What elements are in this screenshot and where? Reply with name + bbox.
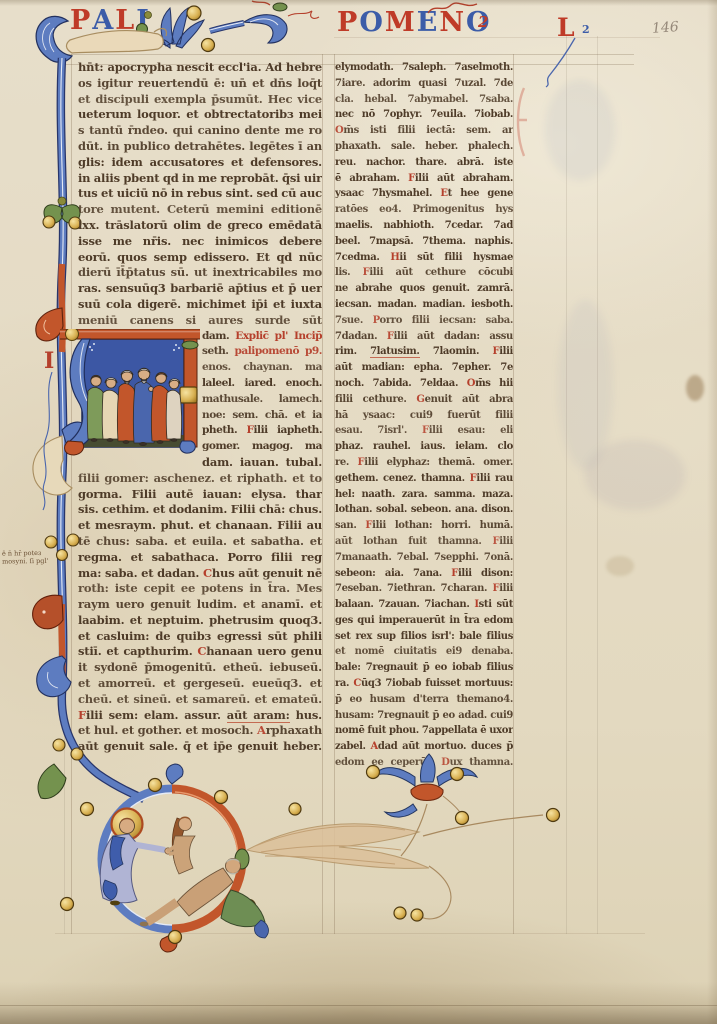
text-line: noe: sem. chā. et ia: [202, 408, 322, 424]
folio-number: 146: [651, 19, 679, 37]
text-column-left: hn̄t: apocrypha nescit eccl'ia. Ad hebre…: [78, 60, 322, 755]
text-column-right: elymodath. 7saleph. 7aselmoth.7iare. ado…: [335, 60, 513, 771]
text-line: enos. chaynan. ma: [202, 360, 322, 376]
gold-bezant: [45, 536, 57, 548]
text-line: sis. cethim. et dodanim. Filii chā: chus…: [78, 502, 322, 518]
god-figure: [100, 809, 171, 906]
text-line: Filii sem: elam. assur. aūt aram: hus.: [78, 708, 322, 724]
text-line: p̄ eo husam d'terra themano4. Obiit quoq…: [335, 692, 513, 708]
text-line: noch. 7abida. 7eldaa. Om̄s hii: [335, 376, 513, 392]
pillar-capital: [182, 341, 198, 349]
gold-bezant: [289, 803, 301, 815]
ring-leaf-curl: [166, 764, 183, 784]
text-line: roth: iste cepit ee potens in t̄ra. Mes: [78, 581, 322, 597]
page-right-edge: [707, 0, 717, 1024]
text-line: glis: idem accusatores et defensores. cū: [78, 155, 322, 171]
text-line: laleel. iared. enoch.: [202, 376, 322, 392]
gold-bezant: [202, 39, 215, 52]
ink-stain: [606, 556, 634, 576]
page-bottom-edge: [0, 982, 717, 1024]
gold-bezant: [169, 931, 182, 944]
gold-bezant: [149, 779, 162, 792]
text-line: regma. et sabathaca. Porro filii reg: [78, 550, 322, 566]
pen-tendril: [423, 815, 543, 836]
text-line: meniū canens si aures surde sūt cetero4.: [78, 313, 322, 329]
text-line: Om̄s isti filii iectā: sem. ar: [335, 123, 513, 139]
gold-bezant: [187, 6, 201, 20]
text-line: et hul. et gother. et mosoch. Arphaxath: [78, 723, 322, 739]
text-line: mathusale. lamech.: [202, 392, 322, 408]
show-through-ghost: [545, 80, 615, 180]
text-line: et amorreū. et gergeseū. eueūq3. et ara: [78, 676, 322, 692]
gold-bezant: [456, 812, 469, 825]
prologue-text: hn̄t: apocrypha nescit eccl'ia. Ad hebre…: [78, 60, 322, 329]
text-line: husam: 7regnauit p̄ eo adad. cui9 urbis: [335, 708, 513, 724]
text-line: ra. Cūq3 7iobab fuisset mortuus: regnaui…: [335, 676, 513, 692]
text-line: cheū. et sineū. et samareū. et emateū.: [78, 692, 322, 708]
text-line: eorū. quos semp edissero. Et qd nūc uerb…: [78, 250, 322, 266]
text-line: 7cedma. Hii sūt filii hysmae: [335, 250, 513, 266]
text-line: laabim. et neptuim. phetrusim quoq3.: [78, 613, 322, 629]
text-line: balaan. 7zauan. 7iachan. Isti sūt re: [335, 597, 513, 613]
text-line: elymodath. 7saleph. 7aselmoth.: [335, 60, 513, 76]
initial-top-bar: [60, 329, 200, 339]
text-line: ras. sensuūq3 barbariē ap̄tius et p̄ uer: [78, 281, 322, 297]
text-line: pheth. Filii iapheth.: [202, 423, 322, 439]
initial-foot-curl: [65, 441, 84, 455]
text-line: ysaac 7hysmahel. Et hee gene: [335, 186, 513, 202]
text-line: in aliis pbent qd in me reprobāt. q̄si u…: [78, 171, 322, 187]
text-line: filii gomer: aschenez. et riphath. et to: [78, 471, 322, 487]
text-line: tore mutent. Ceterū memini editionē: [78, 202, 322, 218]
gold-bezant: [451, 768, 464, 781]
text-line: isse me nr̄is. nec inimicos debere estim…: [78, 234, 322, 250]
gold-bezant: [81, 803, 94, 816]
text-line: et casluim: de quibɜ egressi sūt phili: [78, 629, 322, 645]
text-line: sebeon: aia. 7ana. Filii dison: amarā.: [335, 566, 513, 582]
text-line: lothan. sobal. sebeon. ana. dison. eser.…: [335, 502, 513, 518]
text-line: raym uero genuit ludim. et anamī. et: [78, 597, 322, 613]
blue-pen-flourish: [40, 372, 62, 512]
text-line: dierū īt̄p̄tatus sū. ut inextricabiles m…: [78, 265, 322, 281]
text-line: et mesraym. phut. et chanaan. Filii au: [78, 518, 322, 534]
text-line: set rex sup filios isrl': bale filius be…: [335, 629, 513, 645]
text-line: ne abrahe quos genuit. zamrā.: [335, 281, 513, 297]
gold-bezant: [215, 791, 228, 804]
text-line: hā ysaac: cui9 fuerūt filii: [335, 408, 513, 424]
chapter-number-mark: 2: [478, 13, 488, 31]
faded-red-marginal-mark: [514, 86, 530, 160]
text-line: gomer. magog. ma: [202, 439, 322, 455]
text-line: nomē fuit phou. 7appellata ē uxor ei9 me…: [335, 723, 513, 739]
blue-pen-flourish: [543, 36, 585, 88]
olive-pod: [58, 197, 66, 205]
adam-legs: [147, 902, 177, 922]
text-line: 7manaath. 7ebal. 7sepphi. 7onā. Filii: [335, 550, 513, 566]
manuscript-page: PALI POMENO 2 L 2 146: [0, 0, 717, 1024]
text-line: ē abraham. Filii aūt abraham.: [335, 171, 513, 187]
blue-acanthus-curl: [36, 16, 72, 62]
gold-bezant: [61, 898, 74, 911]
gold-bezant: [43, 216, 55, 228]
gold-bezant: [367, 766, 380, 779]
text-line: aūt madian: epha. 7epher. 7e: [335, 360, 513, 376]
gold-bezant: [53, 739, 65, 751]
gold-disc: [66, 329, 79, 341]
text-line: gorma. Filii autē iauan: elysa. thar: [78, 487, 322, 503]
text-line: esau. 7isrl'. Filii esau: eli: [335, 423, 513, 439]
text-line: os igitur reuertendū ē: un̄ et dn̄s loq̄…: [78, 76, 322, 92]
text-line: it sydonē p̄mogenitū. etheū. iebuseū.: [78, 660, 322, 676]
marginal-guide-letter: I: [44, 350, 54, 372]
pillar-base-leaf: [180, 441, 195, 453]
text-line: 7iare. adorim quasi 7uzal. 7de: [335, 76, 513, 92]
text-line: hn̄t: apocrypha nescit eccl'ia. Ad hebre: [78, 60, 322, 76]
historiated-initial-A: [60, 329, 200, 457]
text-line: 7dadan. Filii aūt dadan: assu: [335, 329, 513, 345]
header-letter: P: [337, 9, 359, 36]
gloss-line: mosyni. ſi pgl': [2, 556, 72, 565]
text-line: cla. hebal. 7abymabel. 7saba.: [335, 92, 513, 108]
text-line: hel: naath. zara. samma. maza. Filii sey…: [335, 487, 513, 503]
red-antenna: [288, 11, 319, 18]
text-line: stiī. et capthurim. Chanaan uero genu: [78, 644, 322, 660]
marginal-paraph-number: 2: [582, 23, 590, 36]
text-line: rim. 7latusim. 7laomin. Filii: [335, 344, 513, 360]
text-line: ratōes eo4. Primogenitus hys: [335, 202, 513, 218]
text-line: dam. Explic̄ pl' Incip̄: [202, 329, 322, 345]
text-line: ges qui imperauerūt in t̄ra edom an̄ q̄ …: [335, 613, 513, 629]
text-line: beel. 7mapsā. 7thema. naphis.: [335, 234, 513, 250]
eve-torso: [173, 836, 195, 874]
text-line: 7sue. Porro filii iecsan: saba.: [335, 313, 513, 329]
text-line: 7eseban. 7iethran. 7charan. Filii eser:: [335, 581, 513, 597]
text-line: filii cethure. Genuit aūt abra: [335, 392, 513, 408]
text-line: ma: saba. et dadan. Chus aūt genuit nē: [78, 566, 322, 582]
text-line: et nomē ciuitatis ei9 denaba. Mortuus ē …: [335, 644, 513, 660]
ink-stain: [686, 375, 704, 401]
text-line: san. Filii lothan: horri. humā. Soror: [335, 518, 513, 534]
text-line: lis. Filii aūt cethure cōcubi: [335, 265, 513, 281]
text-line: suū cola digerē. michimet ip̄i et iuxta …: [78, 297, 322, 313]
text-line: ueterum loquor. et obtrectatoribɜ mei: [78, 107, 322, 123]
text-line: aūt lothan fuit thamna. Filii sobal: aly…: [335, 534, 513, 550]
text-line: phaz. rauhel. iaus. ielam. clo: [335, 439, 513, 455]
green-drapery: [221, 890, 265, 927]
text-line: tus et uiciū nō in rebus sint. sed cū au…: [78, 186, 322, 202]
header-letter: O: [359, 9, 385, 36]
text-line: phaxath. sale. heber. phalech.: [335, 139, 513, 155]
text-line: re. Filii elyphaz: themā. omer. sepphi.: [335, 455, 513, 471]
text-line: nec nō 7ophyr. 7euila. 7iobab.: [335, 107, 513, 123]
text-line: seth. palipomenō p9.: [202, 344, 322, 360]
show-through-ghost: [585, 440, 685, 510]
creation-of-eve-miniature: [25, 752, 570, 967]
text-line: gethem. cenez. thamna. Filii rau: [335, 471, 513, 487]
text-line: s tantū r̄ndeo. qui canino dente me ro: [78, 123, 322, 139]
gold-square: [180, 387, 197, 403]
gold-bezant: [547, 809, 560, 822]
red-leaf-curl: [33, 595, 63, 629]
text-line: tē chus: saba. et euila. et sabatha. et: [78, 534, 322, 550]
text-line: dūt. in publico detrahētes. legētes ī an: [78, 139, 322, 155]
page-top-edge: [0, 0, 717, 6]
text-line: bale: 7regnauit p̄ eo iobab filius zare …: [335, 660, 513, 676]
text-line: et discipuli exempla p̄sumūt. Hec vice: [78, 92, 322, 108]
gold-bezant: [394, 907, 406, 919]
gold-bezant: [411, 909, 423, 921]
ivory-horn: [66, 31, 163, 53]
text-line: iecsan. madan. madian. iesboth.: [335, 297, 513, 313]
header-letter: M: [385, 9, 417, 36]
text-line: dam. iauan. tubal. mosoch. tyras. Porro: [202, 455, 322, 471]
text-line: lxx. trāslatorū olim de greco emēdatā: [78, 218, 322, 234]
text-line: maelis. nabhioth. 7cedar. 7ad: [335, 218, 513, 234]
marginal-gloss: ē n̄ hr̄ poteɜmosyni. ſi pgl': [2, 548, 72, 565]
show-through-ghost: [558, 300, 613, 470]
text-line: reu. nachor. thare. abrā. iste: [335, 155, 513, 171]
eve-figure: [167, 817, 195, 875]
